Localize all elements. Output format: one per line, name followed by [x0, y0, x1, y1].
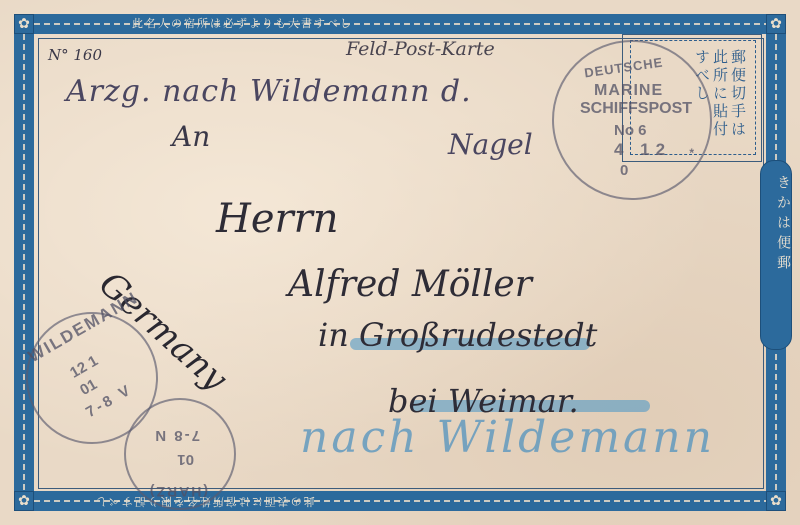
ship-postmark: DEUTSCHE MARINE SCHIFFSPOST No 6 4 12 0 … [552, 40, 712, 200]
postmark-line: SCHIFFSPOST [580, 100, 692, 118]
forward-note: Arzg. nach Wildemann d. [66, 74, 472, 109]
postmark-line: MARINE [594, 82, 663, 100]
wildemann-postmark-2: (HARZ) 01 7-8 N [124, 398, 236, 510]
flower-corner-icon: ✿ [14, 491, 34, 511]
postmark-line: No 6 [614, 122, 647, 139]
card-number: N° 160 [48, 46, 102, 64]
postmark-line: 0 [620, 162, 628, 179]
top-border-text: 此名人の宿所は必ずよりも大書すべし [132, 14, 353, 34]
left-border-band [14, 14, 34, 511]
city-line: in Großrudestedt [318, 316, 597, 354]
border-ornament [14, 23, 786, 25]
salutation: Herrn [216, 196, 339, 242]
border-ornament [23, 14, 25, 511]
postcard: 此名人の宿所は必ずよりも大書すべし 此の表面には宿所姓名を限り記すべし ✿ ✿ … [0, 0, 800, 525]
redirect-note: nach Wildemann [300, 412, 715, 463]
postmark-date: 4 12 [614, 140, 671, 160]
postmark-town: (HARZ) [148, 484, 208, 500]
postmark-line: 01 [77, 376, 100, 399]
flower-corner-icon: ✿ [766, 491, 786, 511]
top-border-band: 此名人の宿所は必ずよりも大書すべし [14, 14, 786, 34]
postmark-line: 12 1 [67, 352, 101, 381]
star-icon: * [689, 146, 694, 160]
postmark-line: 7-8 N [153, 427, 200, 444]
cartouche-text: きかは便郵 [761, 175, 793, 275]
flower-corner-icon: ✿ [766, 14, 786, 34]
postmark-line: 01 [177, 451, 194, 468]
right-cartouche: きかは便郵 [760, 160, 792, 350]
recipient-name: Alfred Möller [288, 264, 532, 305]
an-text: An [172, 120, 210, 153]
flower-corner-icon: ✿ [14, 14, 34, 34]
bottom-border-band: 此の表面には宿所姓名を限り記すべし [14, 491, 786, 511]
postmark-line: DEUTSCHE [583, 55, 664, 81]
nagel-text: Nagel [448, 128, 533, 161]
service-note: Feld-Post-Karte [346, 38, 495, 60]
